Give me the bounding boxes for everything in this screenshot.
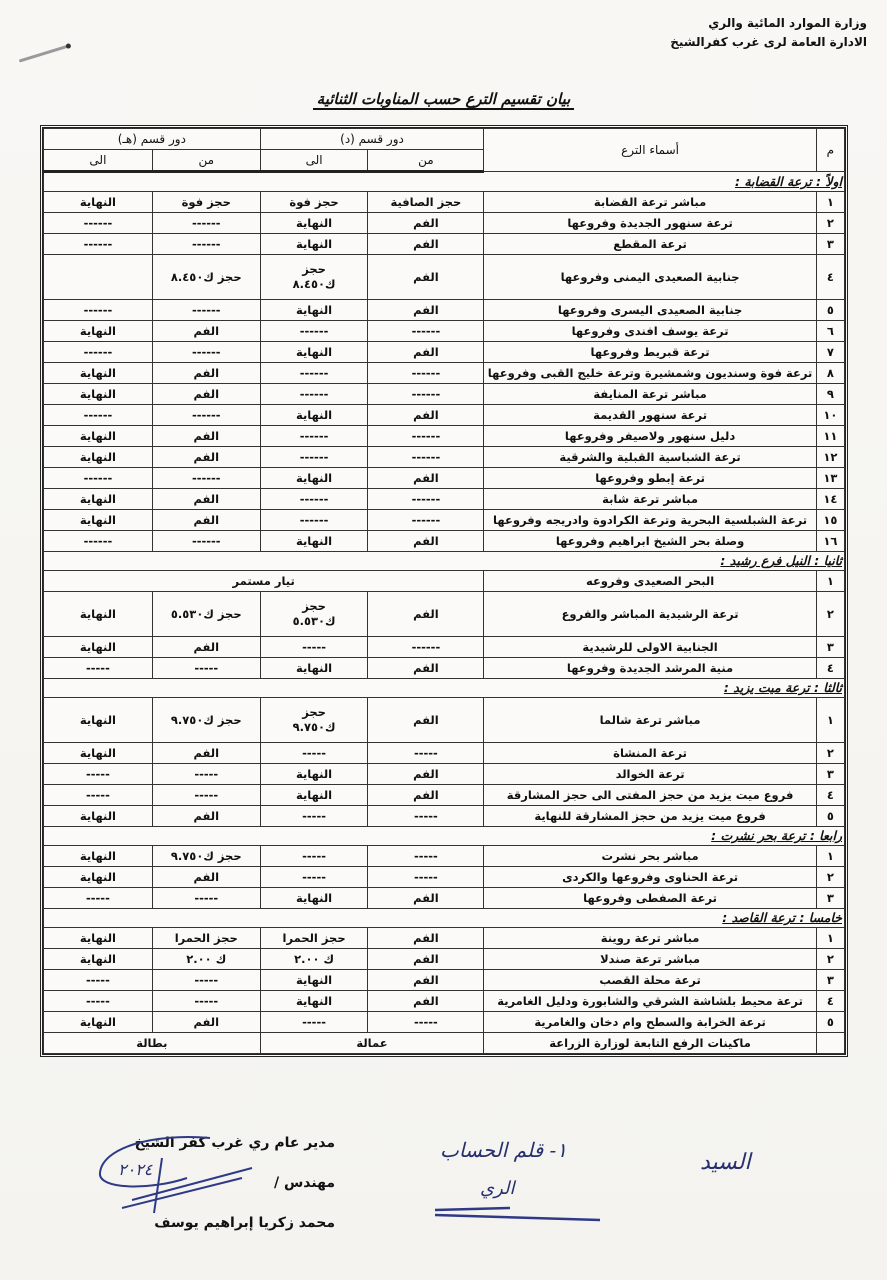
row-index: ٢ xyxy=(816,213,844,234)
table-row: ١٣ترعة إبطو وفروعهاالفمالنهاية----------… xyxy=(44,468,845,489)
row-index: ٣ xyxy=(816,234,844,255)
header-d-to: الى xyxy=(260,150,368,172)
group-h-to: النهاية xyxy=(44,363,153,384)
header-h-to: الى xyxy=(44,150,153,172)
row-index: ٨ xyxy=(816,363,844,384)
group-d-from: الفم xyxy=(368,405,484,426)
group-h-to: ----- xyxy=(44,785,153,806)
section-title-cell: رابعا : ترعة بحر نشرت : xyxy=(44,827,845,846)
group-d-from: ------ xyxy=(368,426,484,447)
group-h-from: الفم xyxy=(152,363,260,384)
handwritten-underline-icon xyxy=(430,1195,610,1225)
group-h-from: ك ٢.٠٠ xyxy=(152,949,260,970)
section-title-cell: ثالثا : ترعة ميت يزيد : xyxy=(44,679,845,698)
group-d-to: النهاية xyxy=(260,970,368,991)
canal-name: ترعة سنهور الجديدة وفروعها xyxy=(484,213,816,234)
group-h-from: حجز ك٩.٧٥٠ xyxy=(152,846,260,867)
pen-mark-decoration xyxy=(19,44,70,62)
group-d-from: الفم xyxy=(368,468,484,489)
handwritten-date: ٢٠٢٤ xyxy=(118,1160,152,1179)
group-h-to: ------ xyxy=(44,342,153,363)
group-d-to: ك ٢.٠٠ xyxy=(260,949,368,970)
canal-name: وصلة بحر الشيخ ابراهيم وفروعها xyxy=(484,531,816,552)
canal-name: البحر الصعيدى وفروعه xyxy=(484,571,816,592)
canal-name: دليل سنهور ولاصيفر وفروعها xyxy=(484,426,816,447)
group-d-from: ----- xyxy=(368,1012,484,1033)
group-h-to: النهاية xyxy=(44,384,153,405)
table-row: ١٦وصلة بحر الشيخ ابراهيم وفروعهاالفمالنه… xyxy=(44,531,845,552)
section-title-cell: خامسا : ترعة القاصد : xyxy=(44,909,845,928)
ministry-name: وزارة الموارد المائية والري xyxy=(670,14,867,33)
group-d-from: الفم xyxy=(368,949,484,970)
group-d-from: ----- xyxy=(368,867,484,888)
group-d-to: النهاية xyxy=(260,888,368,909)
group-h-to: ------ xyxy=(44,405,153,426)
group-h-to: النهاية xyxy=(44,928,153,949)
group-h-from: الفم xyxy=(152,426,260,447)
group-h-to: ------ xyxy=(44,531,153,552)
canal-name: ترعة محيط بلشاشة الشرقي والشابورة ودليل … xyxy=(484,991,816,1012)
group-d-status: عمالة xyxy=(260,1033,484,1054)
group-h-to: النهاية xyxy=(44,698,153,743)
canal-name: ترعة محلة القصب xyxy=(484,970,816,991)
table-row: ٦ترعة يوسف افندى وفروعها------------الفم… xyxy=(44,321,845,342)
group-d-to: النهاية xyxy=(260,785,368,806)
section-title: رابعا : ترعة بحر نشرت : xyxy=(711,828,842,843)
canal-name: ترعة الخوالد xyxy=(484,764,816,785)
header-d-from: من xyxy=(368,150,484,172)
group-h-from: الفم xyxy=(152,806,260,827)
table-row: ٢ترعة المنشاة----------الفمالنهاية xyxy=(44,743,845,764)
canal-name: مباشر ترعة شابة xyxy=(484,489,816,510)
group-h-from: ------ xyxy=(152,405,260,426)
section-title: خامسا : ترعة القاصد : xyxy=(722,910,842,925)
group-d-to: ------ xyxy=(260,447,368,468)
group-h-to: ----- xyxy=(44,991,153,1012)
canal-name: ترعة يوسف افندى وفروعها xyxy=(484,321,816,342)
group-d-from: ------ xyxy=(368,510,484,531)
group-h-from: حجز ك٥.٥٣٠ xyxy=(152,592,260,637)
canal-name: ترعة قبريط وفروعها xyxy=(484,342,816,363)
group-d-from: ------ xyxy=(368,363,484,384)
canal-name: منية المرشد الجديدة وفروعها xyxy=(484,658,816,679)
group-h-to: النهاية xyxy=(44,846,153,867)
table-row: ١٤مباشر ترعة شابة------------الفمالنهاية xyxy=(44,489,845,510)
table-row: ١البحر الصعيدى وفروعهتيار مستمر xyxy=(44,571,845,592)
group-d-to: ------ xyxy=(260,489,368,510)
group-d-to: ------ xyxy=(260,384,368,405)
row-index: ١٥ xyxy=(816,510,844,531)
canal-name: الجنابية الاولى للرشيدية xyxy=(484,637,816,658)
table-row: ١٠ترعة سنهور القديمةالفمالنهاية---------… xyxy=(44,405,845,426)
group-h-to: النهاية xyxy=(44,321,153,342)
group-d-to: حجز فوة xyxy=(260,192,368,213)
table-row: ٤فروع ميت يزيد من حجز المفتى الى حجز الم… xyxy=(44,785,845,806)
group-h-from: الفم xyxy=(152,321,260,342)
canal-name: مباشر ترعة المنايفة xyxy=(484,384,816,405)
group-d-from: الفم xyxy=(368,213,484,234)
group-h-to: النهاية xyxy=(44,867,153,888)
table-row: ٣الجنابية الاولى للرشيدية-----------الفم… xyxy=(44,637,845,658)
row-index: ٦ xyxy=(816,321,844,342)
pumping-machines-label: ماكينات الرفع التابعة لوزارة الزراعة xyxy=(484,1033,816,1054)
row-index: ١٦ xyxy=(816,531,844,552)
group-d-from: الفم xyxy=(368,888,484,909)
group-h-from: حجز الحمرا xyxy=(152,928,260,949)
group-d-to: ------ xyxy=(260,321,368,342)
group-h-status: بطالة xyxy=(44,1033,261,1054)
group-h-to: ----- xyxy=(44,888,153,909)
row-index: ٤ xyxy=(816,255,844,300)
section-header-row: رابعا : ترعة بحر نشرت : xyxy=(44,827,845,846)
row-index: ٢ xyxy=(816,949,844,970)
group-h-to: النهاية xyxy=(44,592,153,637)
group-d-to: ----- xyxy=(260,743,368,764)
canal-name: ترعة المنشاة xyxy=(484,743,816,764)
canal-name: ترعة الحناوى وفروعها والكردى xyxy=(484,867,816,888)
section-title-cell: ثانيا : النيل فرع رشيد : xyxy=(44,552,845,571)
table-row: ٨ترعة فوة وسنديون وشمشيرة وترعة خليج الق… xyxy=(44,363,845,384)
group-h-from: ------ xyxy=(152,342,260,363)
row-index: ٥ xyxy=(816,1012,844,1033)
group-d-to: حجزك٨.٤٥٠ xyxy=(260,255,368,300)
row-index: ١ xyxy=(816,846,844,867)
group-h-to: ------ xyxy=(44,468,153,489)
group-d-to: النهاية xyxy=(260,764,368,785)
group-d-from: الفم xyxy=(368,785,484,806)
canal-name: مباشر بحر نشرت xyxy=(484,846,816,867)
group-d-from: الفم xyxy=(368,698,484,743)
canal-name: ترعة الشبلسية البحرية وترعة الكرادوة واد… xyxy=(484,510,816,531)
table-row: ٤جنابية الصعيدى اليمنى وفروعهاالفمحجزك٨.… xyxy=(44,255,845,300)
group-d-from: الفم xyxy=(368,928,484,949)
row-index: ٢ xyxy=(816,592,844,637)
document-page: وزارة الموارد المائية والري الادارة العا… xyxy=(0,0,887,1280)
group-d-from: ------ xyxy=(368,447,484,468)
group-h-from: الفم xyxy=(152,1012,260,1033)
group-d-from: ------ xyxy=(368,384,484,405)
group-h-from: ------ xyxy=(152,531,260,552)
table-row: ١مباشر ترعة القضابةحجز الصافيةحجز فوةحجز… xyxy=(44,192,845,213)
group-d-from: الفم xyxy=(368,991,484,1012)
group-d-from: الفم xyxy=(368,970,484,991)
header-h-from: من xyxy=(152,150,260,172)
canal-name: جنابية الصعيدى اليسرى وفروعها xyxy=(484,300,816,321)
letterhead: وزارة الموارد المائية والري الادارة العا… xyxy=(670,14,867,52)
group-h-from: ----- xyxy=(152,888,260,909)
group-d-to: النهاية xyxy=(260,405,368,426)
group-h-from: ------ xyxy=(152,300,260,321)
row-index xyxy=(816,1033,844,1054)
group-d-from: الفم xyxy=(368,234,484,255)
group-d-from: الفم xyxy=(368,342,484,363)
group-h-to: النهاية xyxy=(44,806,153,827)
table-row: ٣ترعة المقطعالفمالنهاية------------ xyxy=(44,234,845,255)
group-d-from: الفم xyxy=(368,658,484,679)
group-d-to: ------ xyxy=(260,510,368,531)
section-header-row: ثانيا : النيل فرع رشيد : xyxy=(44,552,845,571)
group-d-to: ----- xyxy=(260,867,368,888)
signatory-role: مهندس / xyxy=(274,1173,335,1193)
section-title: ثانيا : النيل فرع رشيد : xyxy=(720,553,842,568)
group-h-from: الفم xyxy=(152,867,260,888)
section-header-row: ثالثا : ترعة ميت يزيد : xyxy=(44,679,845,698)
group-d-to: ----- xyxy=(260,846,368,867)
canal-name: ترعة الخرابة والسطح وام دخان والغامرية xyxy=(484,1012,816,1033)
row-index: ٣ xyxy=(816,970,844,991)
group-h-to: النهاية xyxy=(44,743,153,764)
handwritten-note-accounts: ١- قلم الحساب xyxy=(440,1138,567,1162)
canal-name: ترعة الرشيدية المباشر والفروع xyxy=(484,592,816,637)
canal-name: جنابية الصعيدى اليمنى وفروعها xyxy=(484,255,816,300)
rotation-table: م أسماء الترع دور قسم (د) دور قسم (هـ) م… xyxy=(43,128,845,1054)
row-index: ١ xyxy=(816,571,844,592)
group-d-from: حجز الصافية xyxy=(368,192,484,213)
group-h-to: ----- xyxy=(44,970,153,991)
group-d-from: ------ xyxy=(368,489,484,510)
group-d-to: النهاية xyxy=(260,342,368,363)
canal-name: مباشر ترعة روينة xyxy=(484,928,816,949)
group-h-from: ------ xyxy=(152,213,260,234)
group-h-from: ------ xyxy=(152,468,260,489)
table-row: ٢ترعة الحناوى وفروعها والكردى----------ا… xyxy=(44,867,845,888)
group-h-from: ----- xyxy=(152,785,260,806)
section-header-row: خامسا : ترعة القاصد : xyxy=(44,909,845,928)
group-d-to: النهاية xyxy=(260,658,368,679)
table-row: ٤منية المرشد الجديدة وفروعهاالفمالنهاية-… xyxy=(44,658,845,679)
row-index: ٥ xyxy=(816,806,844,827)
row-index: ٢ xyxy=(816,867,844,888)
group-h-from: حجز ك٨.٤٥٠ xyxy=(152,255,260,300)
canal-name: ترعة الصفطى وفروعها xyxy=(484,888,816,909)
group-h-to: النهاية xyxy=(44,426,153,447)
group-h-from: الفم xyxy=(152,743,260,764)
group-d-to: النهاية xyxy=(260,531,368,552)
group-h-to: ------ xyxy=(44,213,153,234)
table-row: ٣ترعة الخوالدالفمالنهاية---------- xyxy=(44,764,845,785)
canal-name: ترعة إبطو وفروعها xyxy=(484,468,816,489)
group-d-to: النهاية xyxy=(260,991,368,1012)
group-d-to: النهاية xyxy=(260,234,368,255)
group-d-from: ------ xyxy=(368,637,484,658)
row-index: ٧ xyxy=(816,342,844,363)
group-d-from: ----- xyxy=(368,806,484,827)
group-h-to: ----- xyxy=(44,658,153,679)
row-index: ١ xyxy=(816,928,844,949)
header-canal-names: أسماء الترع xyxy=(484,129,816,172)
group-h-from: الفم xyxy=(152,510,260,531)
group-h-to: النهاية xyxy=(44,192,153,213)
continuous-flow-cell: تيار مستمر xyxy=(44,571,484,592)
group-d-from: ----- xyxy=(368,743,484,764)
group-d-to: النهاية xyxy=(260,300,368,321)
group-h-from: ----- xyxy=(152,764,260,785)
row-index: ٥ xyxy=(816,300,844,321)
group-h-from: الفم xyxy=(152,447,260,468)
header-group-h: دور قسم (هـ) xyxy=(44,129,261,150)
canal-name: ترعة فوة وسنديون وشمشيرة وترعة خليج القب… xyxy=(484,363,816,384)
row-index: ١٤ xyxy=(816,489,844,510)
canal-name: مباشر ترعة القضابة xyxy=(484,192,816,213)
group-d-to: ----- xyxy=(260,637,368,658)
document-title: بيان تقسيم الترع حسب المناوبات الثنائية xyxy=(0,90,887,108)
table-row: ٢مباشر ترعة صندلاالفمك ٢.٠٠ك ٢.٠٠النهاية xyxy=(44,949,845,970)
row-index: ١٣ xyxy=(816,468,844,489)
group-h-from: ----- xyxy=(152,970,260,991)
row-index: ١٠ xyxy=(816,405,844,426)
table-row: ٥جنابية الصعيدى اليسرى وفروعهاالفمالنهاي… xyxy=(44,300,845,321)
table-row: ٤ترعة محيط بلشاشة الشرقي والشابورة ودليل… xyxy=(44,991,845,1012)
group-h-from: الفم xyxy=(152,637,260,658)
group-d-from: ----- xyxy=(368,846,484,867)
table-row: ٩مباشر ترعة المنايفة------------الفمالنه… xyxy=(44,384,845,405)
group-h-to: ----- xyxy=(44,764,153,785)
group-h-from: حجز ك٩.٧٥٠ xyxy=(152,698,260,743)
group-h-from: ----- xyxy=(152,991,260,1012)
group-d-from: الفم xyxy=(368,592,484,637)
table-row: ١١دليل سنهور ولاصيفر وفروعها------------… xyxy=(44,426,845,447)
group-d-to: النهاية xyxy=(260,468,368,489)
row-index: ٤ xyxy=(816,785,844,806)
row-index: ١٢ xyxy=(816,447,844,468)
pumping-machines-row: ماكينات الرفع التابعة لوزارة الزراعةعمال… xyxy=(44,1033,845,1054)
table-row: ١مباشر بحر نشرت----------حجز ك٩.٧٥٠النها… xyxy=(44,846,845,867)
canal-name: فروع ميت يزيد من حجز المشارقة للنهاية xyxy=(484,806,816,827)
group-h-from: ------ xyxy=(152,234,260,255)
row-index: ٩ xyxy=(816,384,844,405)
group-d-from: الفم xyxy=(368,531,484,552)
group-d-from: الفم xyxy=(368,764,484,785)
group-h-from: الفم xyxy=(152,489,260,510)
table-row: ١٥ترعة الشبلسية البحرية وترعة الكرادوة و… xyxy=(44,510,845,531)
group-h-to: النهاية xyxy=(44,1012,153,1033)
row-index: ٤ xyxy=(816,991,844,1012)
row-index: ١ xyxy=(816,192,844,213)
table-row: ٥ترعة الخرابة والسطح وام دخان والغامرية-… xyxy=(44,1012,845,1033)
group-d-from: الفم xyxy=(368,255,484,300)
row-index: ٣ xyxy=(816,888,844,909)
table-row: ٢ترعة الرشيدية المباشر والفروعالفمحجزك٥.… xyxy=(44,592,845,637)
group-h-to xyxy=(44,255,153,300)
row-index: ٤ xyxy=(816,658,844,679)
header-index: م xyxy=(816,129,844,172)
group-d-to: ----- xyxy=(260,1012,368,1033)
row-index: ٣ xyxy=(816,764,844,785)
group-h-to: ------ xyxy=(44,300,153,321)
canal-name: ترعة الشباسية القبلية والشرقية xyxy=(484,447,816,468)
rotation-table-container: م أسماء الترع دور قسم (د) دور قسم (هـ) م… xyxy=(40,125,848,1057)
table-row: ٥فروع ميت يزيد من حجز المشارقة للنهاية--… xyxy=(44,806,845,827)
canal-name: فروع ميت يزيد من حجز المفتى الى حجز المش… xyxy=(484,785,816,806)
handwritten-note-mr: السيد xyxy=(700,1150,751,1175)
table-row: ١٢ترعة الشباسية القبلية والشرقية--------… xyxy=(44,447,845,468)
header-group-d: دور قسم (د) xyxy=(260,129,484,150)
table-row: ٣ترعة محلة القصبالفمالنهاية---------- xyxy=(44,970,845,991)
section-title: اولاً : ترعة القضابة : xyxy=(735,174,842,189)
group-d-to: حجزك٥.٥٣٠ xyxy=(260,592,368,637)
table-body: اولاً : ترعة القضابة :١مباشر ترعة القضاب… xyxy=(44,172,845,1054)
group-d-to: حجز الحمرا xyxy=(260,928,368,949)
canal-name: ترعة المقطع xyxy=(484,234,816,255)
directorate-name: الادارة العامة لرى غرب كفرالشيخ xyxy=(670,33,867,52)
group-h-to: النهاية xyxy=(44,447,153,468)
section-header-row: اولاً : ترعة القضابة : xyxy=(44,172,845,192)
group-d-to: ------ xyxy=(260,363,368,384)
row-index: ٣ xyxy=(816,637,844,658)
document-title-text: بيان تقسيم الترع حسب المناوبات الثنائية xyxy=(313,90,575,110)
group-h-to: النهاية xyxy=(44,949,153,970)
group-h-to: النهاية xyxy=(44,489,153,510)
table-row: ١مباشر ترعة روينةالفمحجز الحمراحجز الحمر… xyxy=(44,928,845,949)
group-h-to: ------ xyxy=(44,234,153,255)
canal-name: مباشر ترعة صندلا xyxy=(484,949,816,970)
table-row: ١مباشر ترعة شالماالفمحجزك٩.٧٥٠حجز ك٩.٧٥٠… xyxy=(44,698,845,743)
canal-name: ترعة سنهور القديمة xyxy=(484,405,816,426)
section-title-cell: اولاً : ترعة القضابة : xyxy=(44,172,845,192)
group-h-from: حجز فوة xyxy=(152,192,260,213)
group-d-from: ------ xyxy=(368,321,484,342)
group-h-to: النهاية xyxy=(44,637,153,658)
table-row: ٣ترعة الصفطى وفروعهاالفمالنهاية---------… xyxy=(44,888,845,909)
group-h-from: الفم xyxy=(152,384,260,405)
canal-name: مباشر ترعة شالما xyxy=(484,698,816,743)
table-row: ٧ترعة قبريط وفروعهاالفمالنهاية----------… xyxy=(44,342,845,363)
row-index: ٢ xyxy=(816,743,844,764)
section-title: ثالثا : ترعة ميت يزيد : xyxy=(724,680,842,695)
group-d-to: ----- xyxy=(260,806,368,827)
row-index: ١ xyxy=(816,698,844,743)
group-h-to: النهاية xyxy=(44,510,153,531)
table-row: ٢ترعة سنهور الجديدة وفروعهاالفمالنهاية--… xyxy=(44,213,845,234)
group-d-to: ------ xyxy=(260,426,368,447)
row-index: ١١ xyxy=(816,426,844,447)
group-h-from: ----- xyxy=(152,658,260,679)
group-d-from: الفم xyxy=(368,300,484,321)
group-d-to: النهاية xyxy=(260,213,368,234)
group-d-to: حجزك٩.٧٥٠ xyxy=(260,698,368,743)
